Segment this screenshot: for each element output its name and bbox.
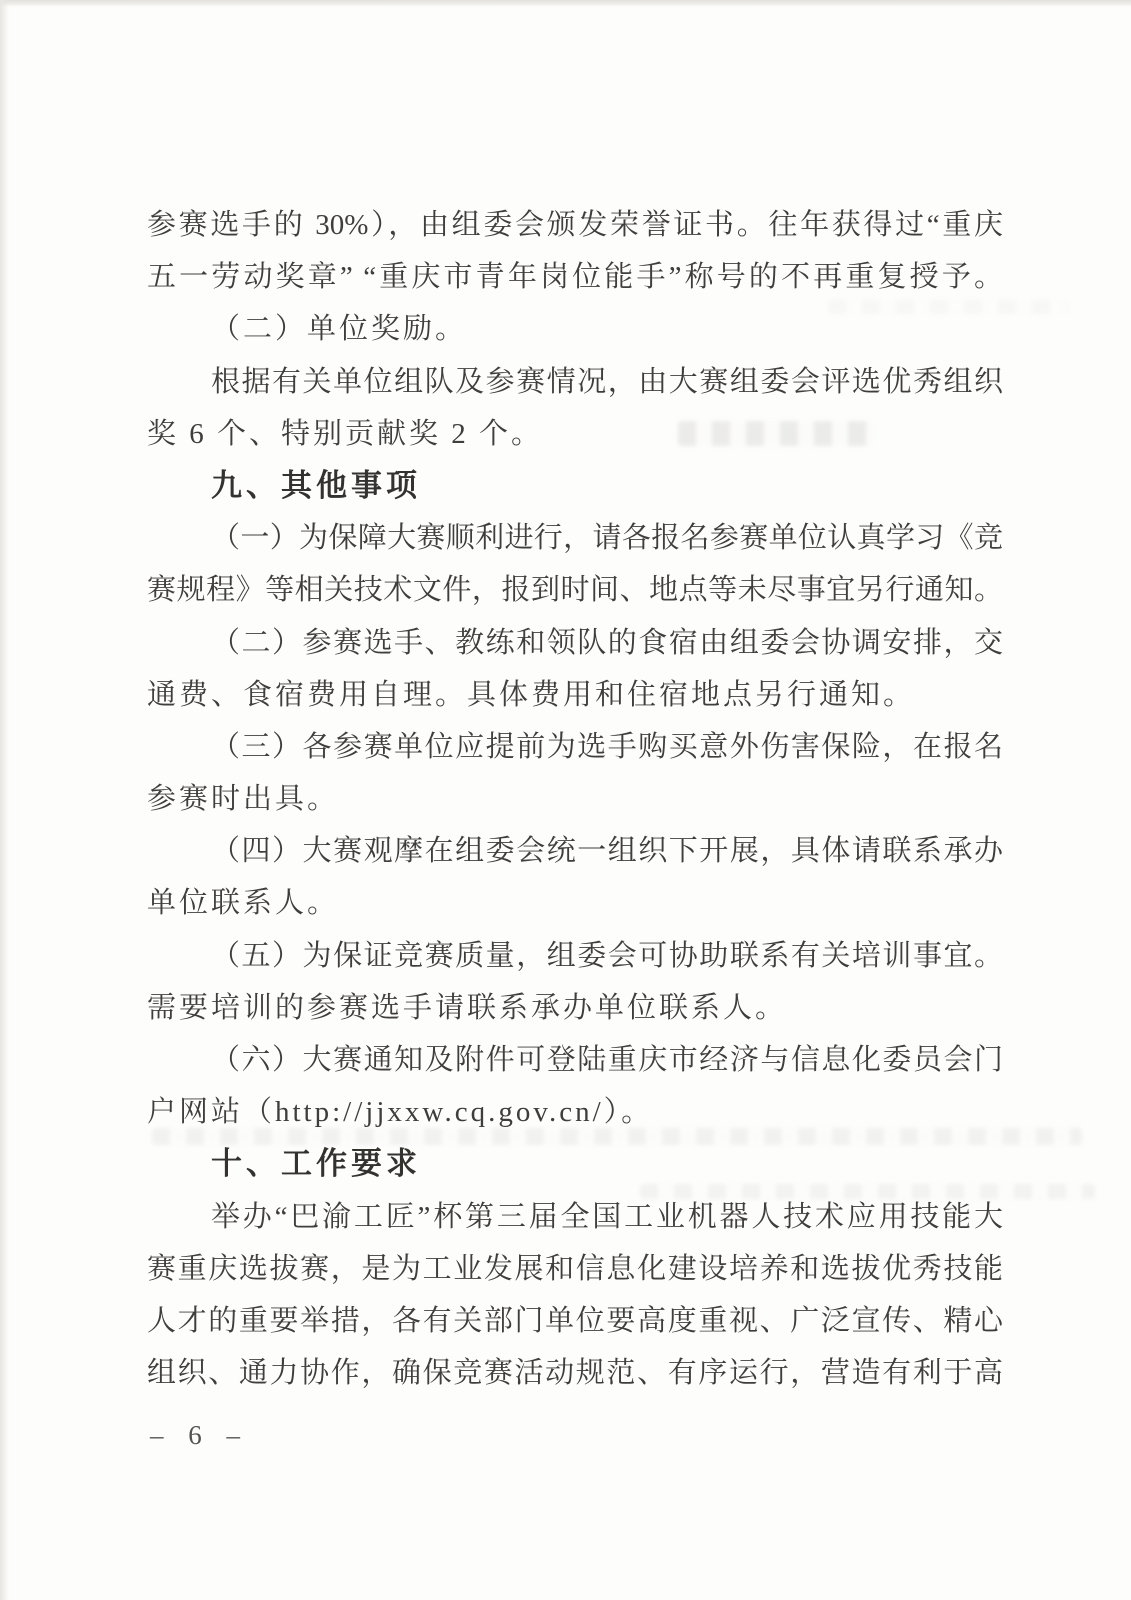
section-heading: 九、其他事项	[147, 460, 1003, 512]
text-line-8: 赛规程》等相关技术文件，报到时间、地点等未尽事宜另行通知。	[147, 564, 1003, 616]
text-line-2: 五一劳动奖章” “重庆市青年岗位能手”称号的不再重复授予。	[147, 251, 1003, 303]
text-line-20: 举办“巴渝工匠”杯第三届全国工业机器人技术应用技能大	[147, 1191, 1003, 1243]
scanned-document-page: 参赛选手的 30%），由组委会颁发荣誉证书。往年获得过“重庆五一劳动奖章” “重…	[0, 0, 1131, 1600]
scan-edge-artifact-top	[0, 0, 1131, 7]
text-line-13: （四）大赛观摩在组委会统一组织下开展，具体请联系承办	[147, 825, 1003, 877]
text-line-18: 户网站（http://jjxxw.cq.gov.cn/）。	[147, 1086, 1003, 1138]
text-line-11: （三）各参赛单位应提前为选手购买意外伤害保险，在报名	[147, 721, 1003, 773]
page-number: – 6 –	[150, 1420, 249, 1451]
text-line-21: 赛重庆选拔赛，是为工业发展和信息化建设培养和选拔优秀技能	[147, 1243, 1003, 1295]
text-line-17: （六）大赛通知及附件可登陆重庆市经济与信息化委员会门	[147, 1034, 1003, 1086]
text-line-10: 通费、食宿费用自理。具体费用和住宿地点另行通知。	[147, 669, 1003, 721]
text-line-4: 根据有关单位组队及参赛情况，由大赛组委会评选优秀组织	[147, 356, 1003, 408]
text-line-15: （五）为保证竞赛质量，组委会可协助联系有关培训事宜。	[147, 930, 1003, 982]
text-line-22: 人才的重要举措，各有关部门单位要高度重视、广泛宣传、精心	[147, 1295, 1003, 1347]
text-line-14: 单位联系人。	[147, 877, 1003, 929]
text-line-12: 参赛时出具。	[147, 773, 1003, 825]
text-line-5: 奖 6 个、特别贡献奖 2 个。	[147, 408, 1003, 460]
section-heading: 十、工作要求	[147, 1138, 1003, 1190]
text-line-16: 需要培训的参赛选手请联系承办单位联系人。	[147, 982, 1003, 1034]
document-body: 参赛选手的 30%），由组委会颁发荣誉证书。往年获得过“重庆五一劳动奖章” “重…	[147, 199, 1003, 1399]
scan-edge-artifact-left	[0, 0, 9, 1600]
text-line-3: （二）单位奖励。	[147, 303, 1003, 355]
text-line-23: 组织、通力协作，确保竞赛活动规范、有序运行，营造有利于高	[147, 1347, 1003, 1399]
text-line-7: （一）为保障大赛顺利进行，请各报名参赛单位认真学习《竞	[147, 512, 1003, 564]
text-line-1: 参赛选手的 30%），由组委会颁发荣誉证书。往年获得过“重庆	[147, 199, 1003, 251]
text-line-9: （二）参赛选手、教练和领队的食宿由组委会协调安排，交	[147, 617, 1003, 669]
